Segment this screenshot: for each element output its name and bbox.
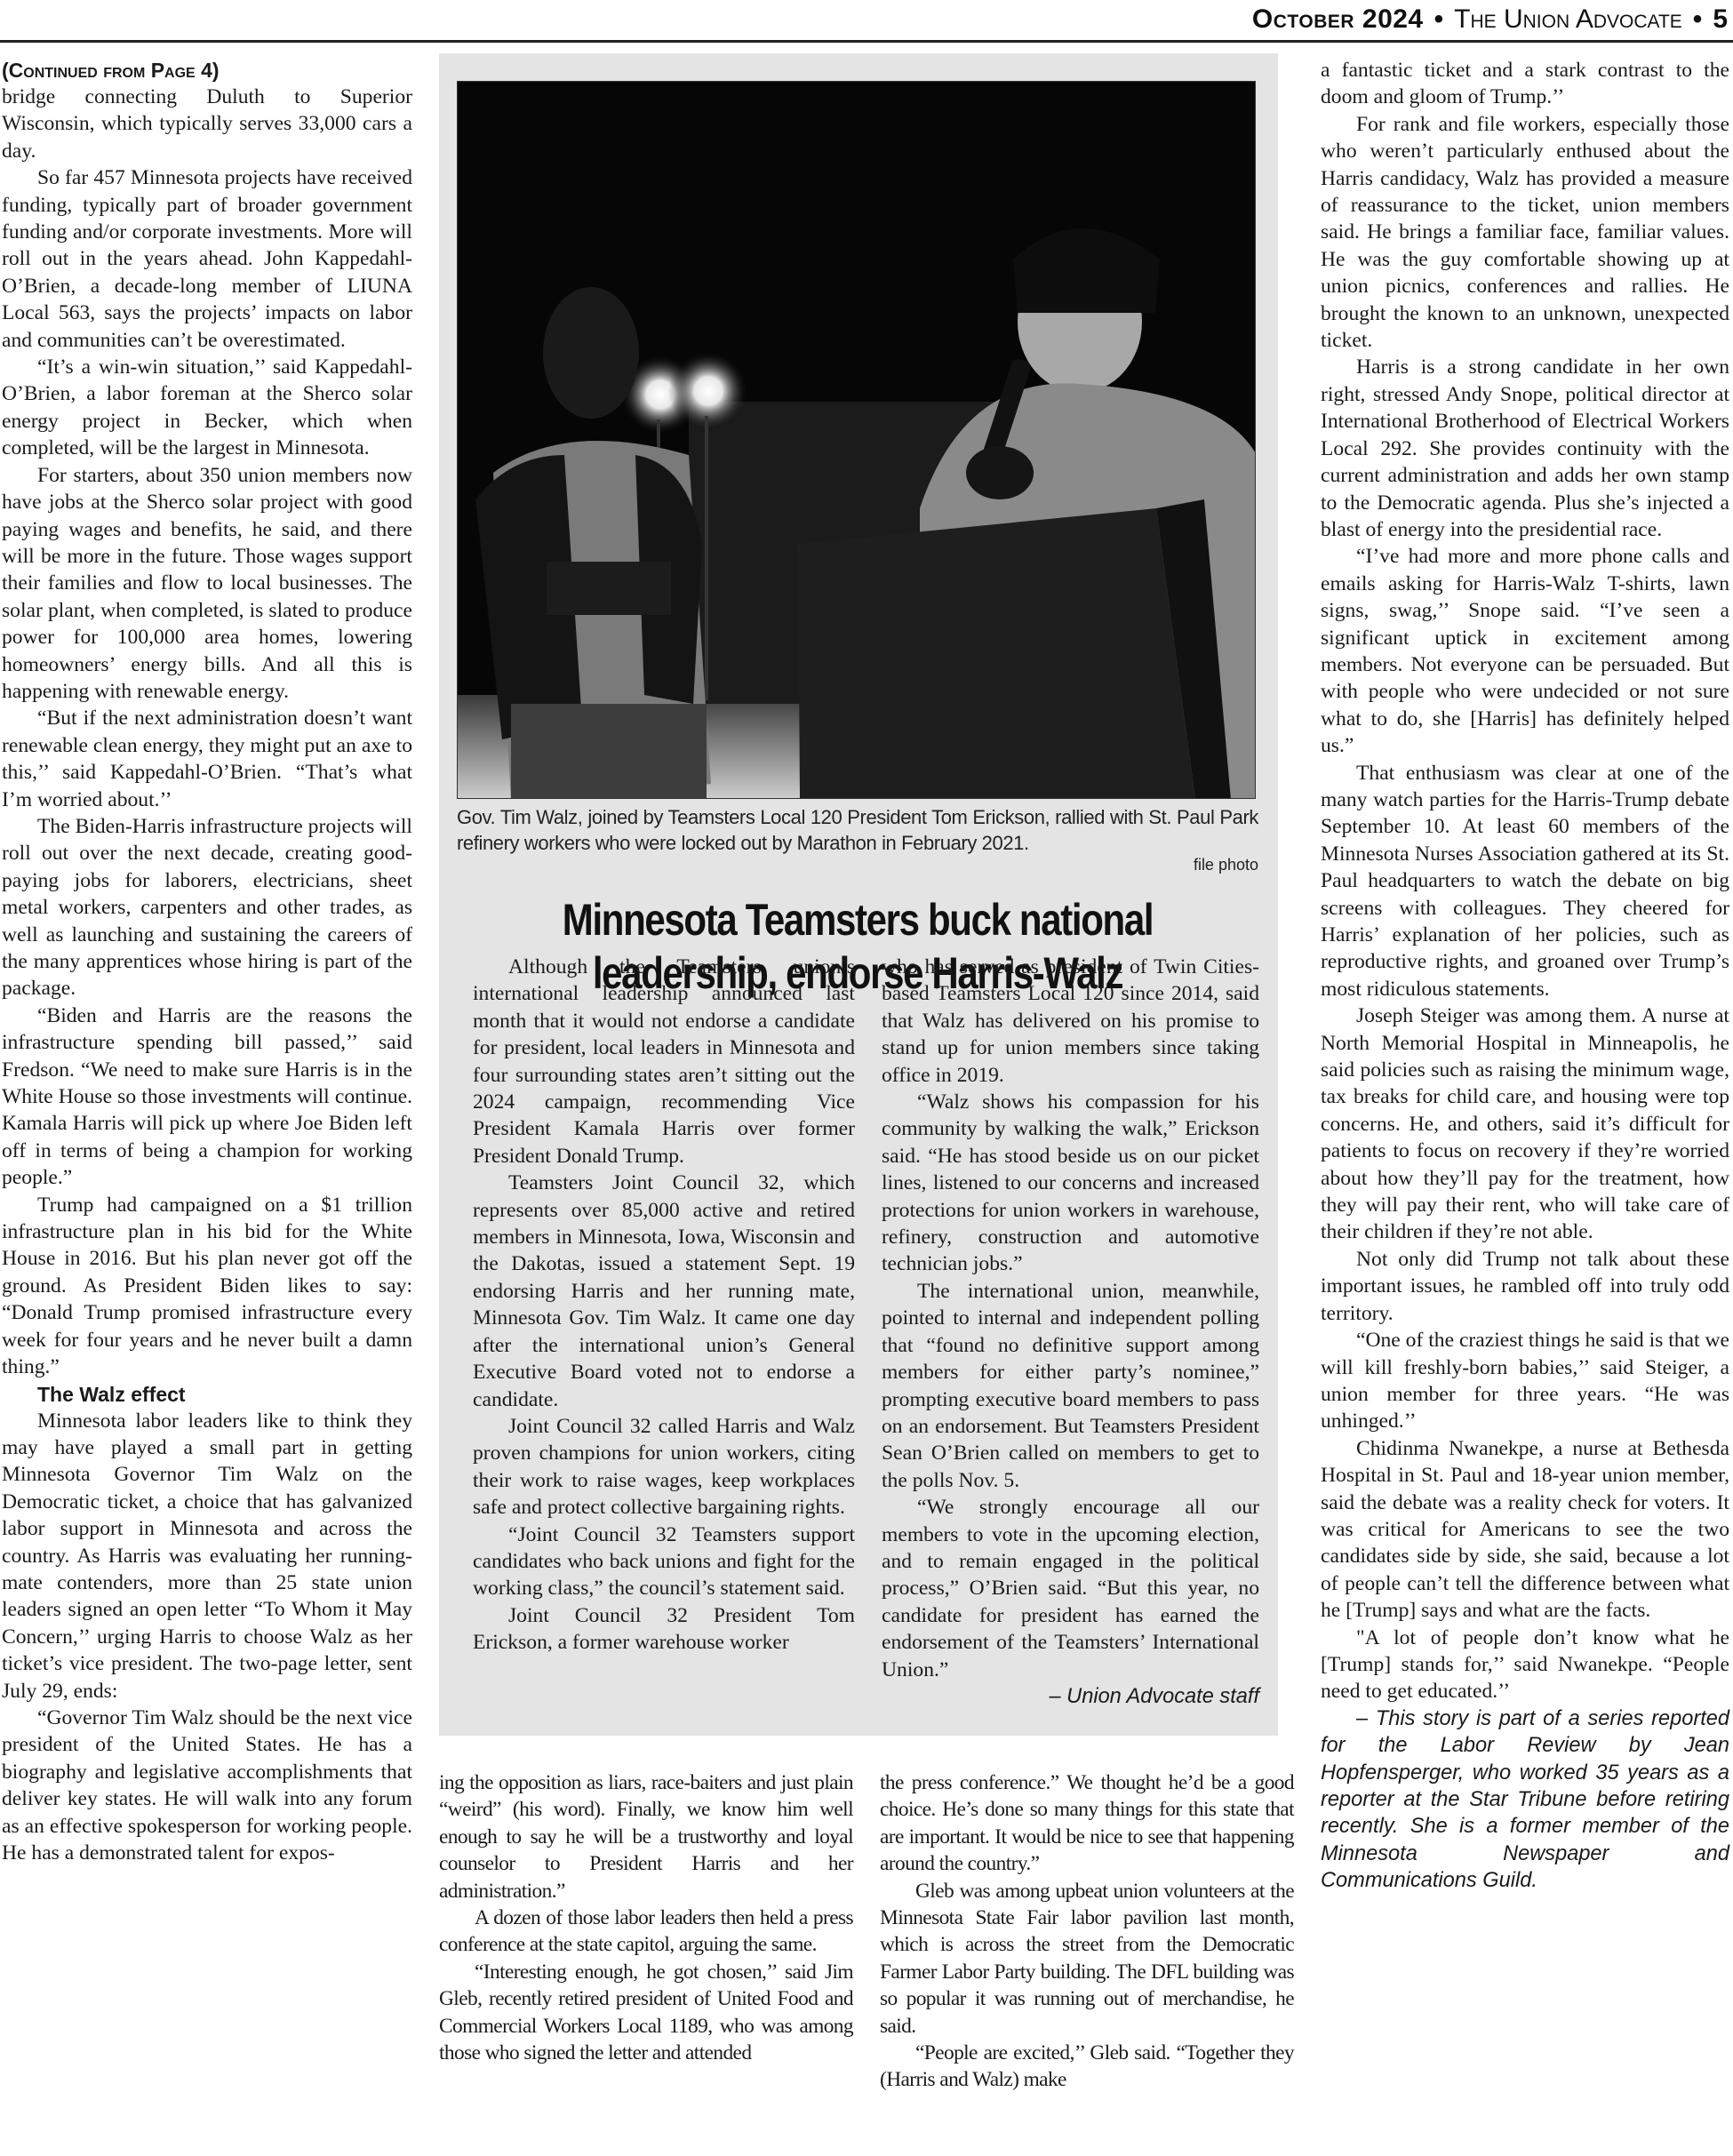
- article-paragraph: "A lot of people don’t know what he [Tru…: [1321, 1625, 1729, 1705]
- header-rule: [0, 40, 1733, 43]
- article-paragraph: Trump had campaigned on a $1 trillion in…: [2, 1192, 412, 1381]
- section-subhead: The Walz effect: [2, 1381, 412, 1408]
- article-paragraph: The Biden-Harris infrastructure projects…: [2, 813, 412, 1002]
- article-paragraph: Teamsters Joint Council 32, which repres…: [473, 1170, 855, 1413]
- article-paragraph: Joint Council 32 called Harris and Walz …: [473, 1413, 855, 1521]
- sidebar-column-1: Although the Teamsters union’s internati…: [473, 954, 855, 1657]
- article-paragraph: the press conference.” We thought he’d b…: [880, 1769, 1294, 1878]
- article-paragraph: “Joint Council 32 Teamsters support cand…: [473, 1521, 855, 1602]
- article-paragraph: bridge connecting Duluth to Superior Wis…: [2, 84, 412, 164]
- right-article-column: a fantastic ticket and a stark contrast …: [1321, 57, 1729, 1895]
- article-paragraph: “It’s a win-win situation,’’ said Kapped…: [2, 354, 412, 462]
- sidebar-byline: – Union Advocate staff: [882, 1683, 1259, 1710]
- article-paragraph: “People are excited,’’ Gleb said. “Toget…: [880, 2040, 1294, 2094]
- article-paragraph: Harris is a strong candidate in her own …: [1321, 354, 1729, 543]
- continued-from-label: (Continued from Page 4): [2, 57, 412, 84]
- left-article-column: (Continued from Page 4) bridge connectin…: [2, 57, 412, 1866]
- bullet-separator: •: [1434, 4, 1444, 34]
- page-number: 5: [1713, 4, 1728, 34]
- article-paragraph: For starters, about 350 union members no…: [2, 462, 412, 706]
- article-paragraph: “Governor Tim Walz should be the next vi…: [2, 1705, 412, 1866]
- photo-caption: Gov. Tim Walz, joined by Teamsters Local…: [457, 804, 1258, 856]
- bullet-separator: •: [1693, 4, 1703, 34]
- article-paragraph: Chidinma Nwanekpe, a nurse at Bethesda H…: [1321, 1435, 1729, 1625]
- author-credit-note: – This story is part of a series reporte…: [1321, 1705, 1729, 1895]
- teamsters-sidebar: Gov. Tim Walz, joined by Teamsters Local…: [439, 53, 1278, 1736]
- article-paragraph: That enthusiasm was clear at one of the …: [1321, 760, 1729, 1003]
- article-paragraph: Joint Council 32 President Tom Erickson,…: [473, 1602, 855, 1657]
- article-paragraph: a fantastic ticket and a stark contrast …: [1321, 57, 1729, 111]
- article-paragraph: “Walz shows his compassion for his commu…: [882, 1089, 1259, 1278]
- article-paragraph: Joseph Steiger was among them. A nurse a…: [1321, 1002, 1729, 1246]
- sidebar-column-2: who has served as president of Twin Citi…: [882, 954, 1259, 1710]
- article-paragraph: “I’ve had more and more phone calls and …: [1321, 543, 1729, 759]
- article-paragraph: “We strongly encourage all our members t…: [882, 1494, 1259, 1683]
- photo-illustration: [458, 82, 1256, 799]
- article-paragraph: Minnesota labor leaders like to think th…: [2, 1408, 412, 1705]
- photo-credit: file photo: [1194, 856, 1258, 874]
- article-paragraph: A dozen of those labor leaders then held…: [439, 1904, 853, 1959]
- news-photo: [457, 81, 1256, 799]
- article-paragraph: So far 457 Minnesota projects have recei…: [2, 164, 412, 354]
- article-paragraph: Although the Teamsters union’s internati…: [473, 954, 855, 1170]
- article-paragraph: “One of the craziest things he said is t…: [1321, 1327, 1729, 1435]
- bottom-article-column-1: ing the opposition as liars, race-baiter…: [439, 1769, 853, 2066]
- bottom-article-column-2: the press conference.” We thought he’d b…: [880, 1769, 1294, 2094]
- article-paragraph: ing the opposition as liars, race-baiter…: [439, 1769, 853, 1904]
- article-paragraph: “Biden and Harris are the reasons the in…: [2, 1002, 412, 1192]
- article-paragraph: For rank and file workers, especially th…: [1321, 111, 1729, 355]
- article-paragraph: “But if the next administration doesn’t …: [2, 705, 412, 813]
- article-paragraph: The international union, meanwhile, poin…: [882, 1278, 1259, 1494]
- article-paragraph: Gleb was among upbeat union volunteers a…: [880, 1878, 1294, 2040]
- publication-name: The Union Advocate: [1454, 4, 1682, 34]
- page-header: October 2024•The Union Advocate•5: [0, 0, 1733, 41]
- article-paragraph: who has served as president of Twin Citi…: [882, 954, 1259, 1089]
- issue-date: October 2024: [1252, 4, 1424, 34]
- article-paragraph: Not only did Trump not talk about these …: [1321, 1246, 1729, 1327]
- article-paragraph: “Interesting enough, he got chosen,’’ sa…: [439, 1959, 853, 2067]
